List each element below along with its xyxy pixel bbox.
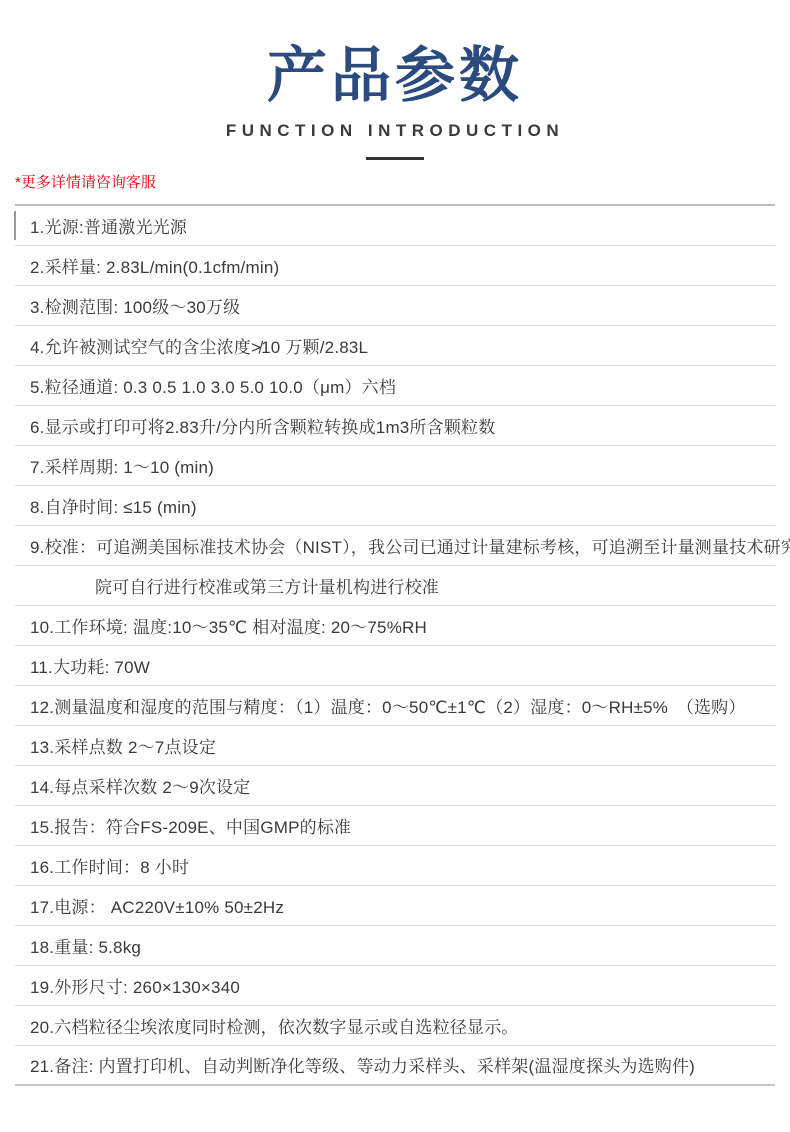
page-title: 产品参数 [0,42,790,109]
page-subtitle: FUNCTION INTRODUCTION [0,121,790,141]
spec-text: 4.允许被测试空气的含尘浓度≯10 万颗/2.83L [30,333,368,358]
spec-text: 11.大功耗: 70W [30,653,150,678]
spec-text: 院可自行进行校准或第三方计量机构进行校准 [95,573,439,598]
spec-text: 7.采样周期: 1～10 (min) [30,453,214,478]
spec-row-4: 4.允许被测试空气的含尘浓度≯10 万颗/2.83L [15,326,775,366]
spec-row-15: 15.报告：符合FS-209E、中国GMP的标准 [15,806,775,846]
spec-row-3: 3.检测范围: 100级～30万级 [15,286,775,326]
spec-text: 12.测量温度和湿度的范围与精度：（1）温度：0～50℃±1℃（2）湿度：0～R… [30,693,746,718]
spec-text: 10.工作环境: 温度:10～35℃ 相对温度: 20～75%RH [30,613,427,638]
spec-text: 1.光源:普通激光光源 [30,213,187,238]
title-divider [366,157,424,160]
spec-text: 21.备注: 内置打印机、自动判断净化等级、等动力采样头、采样架(温湿度探头为选… [30,1052,695,1077]
spec-row-1: 1.光源:普通激光光源 [15,206,775,246]
spec-row-16: 16.工作时间：8 小时 [15,846,775,886]
spec-row-11: 11.大功耗: 70W [15,646,775,686]
customer-service-note: *更多详情请咨询客服 [15,173,790,193]
spec-row-10: 10.工作环境: 温度:10～35℃ 相对温度: 20～75%RH [15,606,775,646]
spec-text: 8.自净时间: ≤15 (min) [30,493,197,518]
spec-row-14: 14.每点采样次数 2～9次设定 [15,766,775,806]
spec-text: 19.外形尺寸: 260×130×340 [30,973,240,998]
spec-row-17: 17.电源： AC220V±10% 50±2Hz [15,886,775,926]
spec-text: 20.六档粒径尘埃浓度同时检测，依次数字显示或自选粒径显示。 [30,1013,519,1038]
spec-row-18: 18.重量: 5.8kg [15,926,775,966]
spec-text: 2.采样量: 2.83L/min(0.1cfm/min) [30,253,279,278]
spec-text: 15.报告：符合FS-209E、中国GMP的标准 [30,813,351,838]
spec-text: 6.显示或打印可将2.83升/分内所含颗粒转换成1m3所含颗粒数 [30,413,495,438]
spec-row-12: 12.测量温度和湿度的范围与精度：（1）温度：0～50℃±1℃（2）湿度：0～R… [15,686,775,726]
spec-row-2: 2.采样量: 2.83L/min(0.1cfm/min) [15,246,775,286]
spec-text: 5.粒径通道: 0.3 0.5 1.0 3.0 5.0 10.0（μm）六档 [30,373,396,398]
spec-row-20: 20.六档粒径尘埃浓度同时检测，依次数字显示或自选粒径显示。 [15,1006,775,1046]
page-header: 产品参数 FUNCTION INTRODUCTION [0,0,790,160]
spec-text: 16.工作时间：8 小时 [30,853,189,878]
spec-row-8: 8.自净时间: ≤15 (min) [15,486,775,526]
spec-row-9-line-1: 9.校准：可追溯美国标准技术协会（NIST），我公司已通过计量建标考核，可追溯至… [15,526,775,566]
row-left-border [14,211,16,240]
spec-list: 1.光源:普通激光光源 2.采样量: 2.83L/min(0.1cfm/min)… [15,204,775,1086]
spec-row-9-line-2: 院可自行进行校准或第三方计量机构进行校准 [15,566,775,606]
spec-row-13: 13.采样点数 2～7点设定 [15,726,775,766]
spec-text: 17.电源： AC220V±10% 50±2Hz [30,893,284,918]
spec-row-21: 21.备注: 内置打印机、自动判断净化等级、等动力采样头、采样架(温湿度探头为选… [15,1046,775,1086]
spec-row-6: 6.显示或打印可将2.83升/分内所含颗粒转换成1m3所含颗粒数 [15,406,775,446]
spec-row-7: 7.采样周期: 1～10 (min) [15,446,775,486]
spec-text: 14.每点采样次数 2～9次设定 [30,773,250,798]
spec-text: 18.重量: 5.8kg [30,933,141,958]
spec-row-19: 19.外形尺寸: 260×130×340 [15,966,775,1006]
spec-text: 9.校准：可追溯美国标准技术协会（NIST），我公司已通过计量建标考核，可追溯至… [30,533,790,558]
spec-row-5: 5.粒径通道: 0.3 0.5 1.0 3.0 5.0 10.0（μm）六档 [15,366,775,406]
spec-text: 13.采样点数 2～7点设定 [30,733,216,758]
spec-text: 3.检测范围: 100级～30万级 [30,293,240,318]
